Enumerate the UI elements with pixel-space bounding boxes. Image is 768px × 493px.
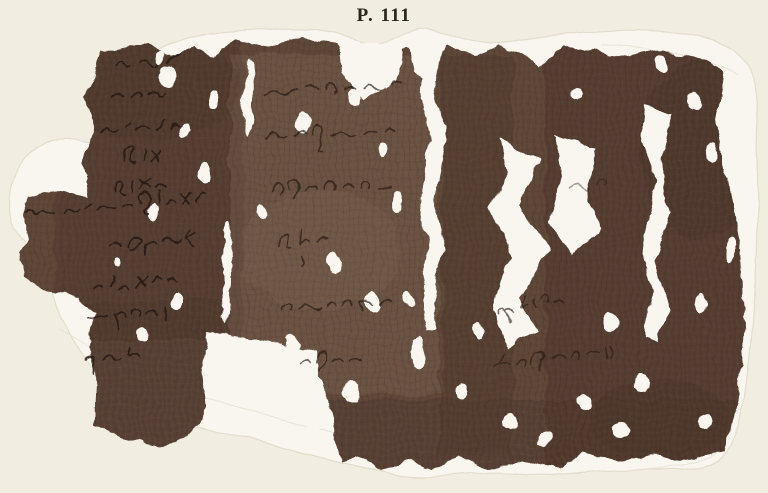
papyrus-photo xyxy=(0,0,768,493)
papyrus-fragments xyxy=(0,30,768,490)
plate-page: P. 111 xyxy=(0,0,768,493)
papyrus-illustration xyxy=(0,0,768,493)
